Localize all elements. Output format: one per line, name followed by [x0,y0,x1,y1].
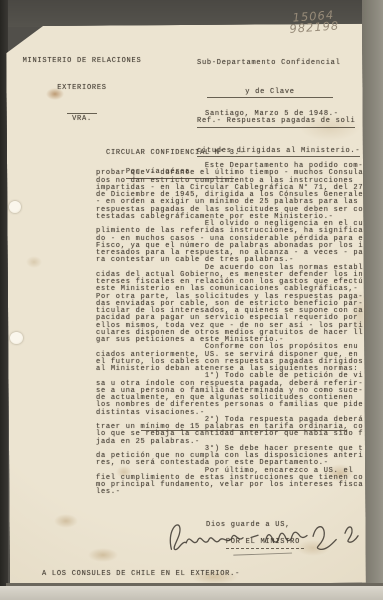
punch-hole [9,201,21,213]
scan-background-bottom [0,586,383,600]
emphasis-underline [141,430,347,431]
handwritten-archive-numbers: 15064 982198 [292,9,339,34]
letterhead-left: MINISTERIO DE RELACIONES EXTERIORES VRA. [17,39,147,142]
reference-line: Ref.- Respuestas pagadas de soli [197,117,355,128]
body-text: Este Departamento ha podido com-probar q… [96,163,374,497]
dateline: Santiago, Marzo 5 de 1948.- [205,110,339,118]
scanned-document: 15064 982198 MINISTERIO DE RELACIONES EX… [0,0,383,600]
addressee-line: A LOS CONSULES DE CHILE EN EL EXTERIOR.- [42,570,240,578]
handwritten-number: 982198 [289,20,340,34]
typed-line: les.- [96,489,374,496]
handwritten-signature [162,508,368,561]
department-line: y de Clave [207,88,333,99]
circular-number: CIRCULAR CONFIDENCIAL N° 3.- [106,149,245,159]
punch-hole [10,332,23,344]
department-line: Sub-Departamento Confidencial [197,59,369,69]
typed-line: mo principal fundamento, velar por los i… [96,482,374,489]
ministry-abbrev: VRA. [67,113,97,124]
ministry-name-line: MINISTERIO DE RELACIONES [17,57,147,66]
ministry-name-line: EXTERIORES [17,84,147,93]
